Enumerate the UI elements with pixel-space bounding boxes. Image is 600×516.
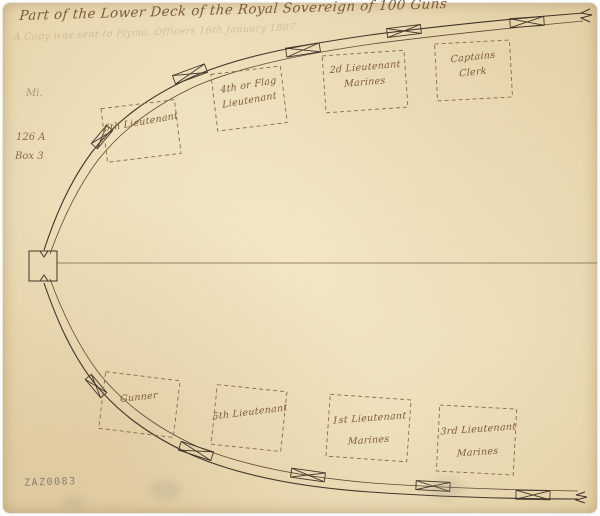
cabin-boxes xyxy=(99,40,517,475)
pencil-smudge xyxy=(60,496,86,508)
cabin-label-1st-lieutenant-marines: 1st Lieutenant Marines xyxy=(325,405,412,455)
cabin-label-3rd-lieutenant-marines: 3rd Lieutenant Marines xyxy=(435,415,520,467)
cabin-label-line: 3rd Lieutenant xyxy=(440,421,516,437)
gun-port xyxy=(291,468,326,482)
bow-stem xyxy=(29,251,57,281)
pencil-smudge xyxy=(428,478,464,500)
break-mark-icon xyxy=(576,9,592,503)
gun-port xyxy=(286,43,321,57)
margin-note-shelf: 126 A xyxy=(16,132,46,143)
cabin-label-line: Gunner xyxy=(120,390,158,405)
cabin-label-line: 1st Lieutenant xyxy=(332,410,406,426)
cabin-label-line: Captains xyxy=(451,50,496,66)
cabin-label-line: Marines xyxy=(348,434,390,448)
cabin-label-line: Marines xyxy=(457,446,499,460)
scanned-ship-plan: Part of the Lower Deck of the Royal Sove… xyxy=(0,0,600,516)
cabin-label-line: Clerk xyxy=(459,66,487,80)
margin-note-pencil: Mi. xyxy=(26,88,43,99)
cabin-label-line: Marines xyxy=(344,75,386,90)
pencil-smudge xyxy=(148,480,182,500)
margin-note-box: Box 3 xyxy=(15,151,44,162)
gun-port xyxy=(387,24,422,37)
cabin-label-line: 2d Lieutenant xyxy=(330,59,401,76)
reference-stamp: ZAZ0083 xyxy=(24,476,77,489)
gun-port xyxy=(172,64,207,84)
